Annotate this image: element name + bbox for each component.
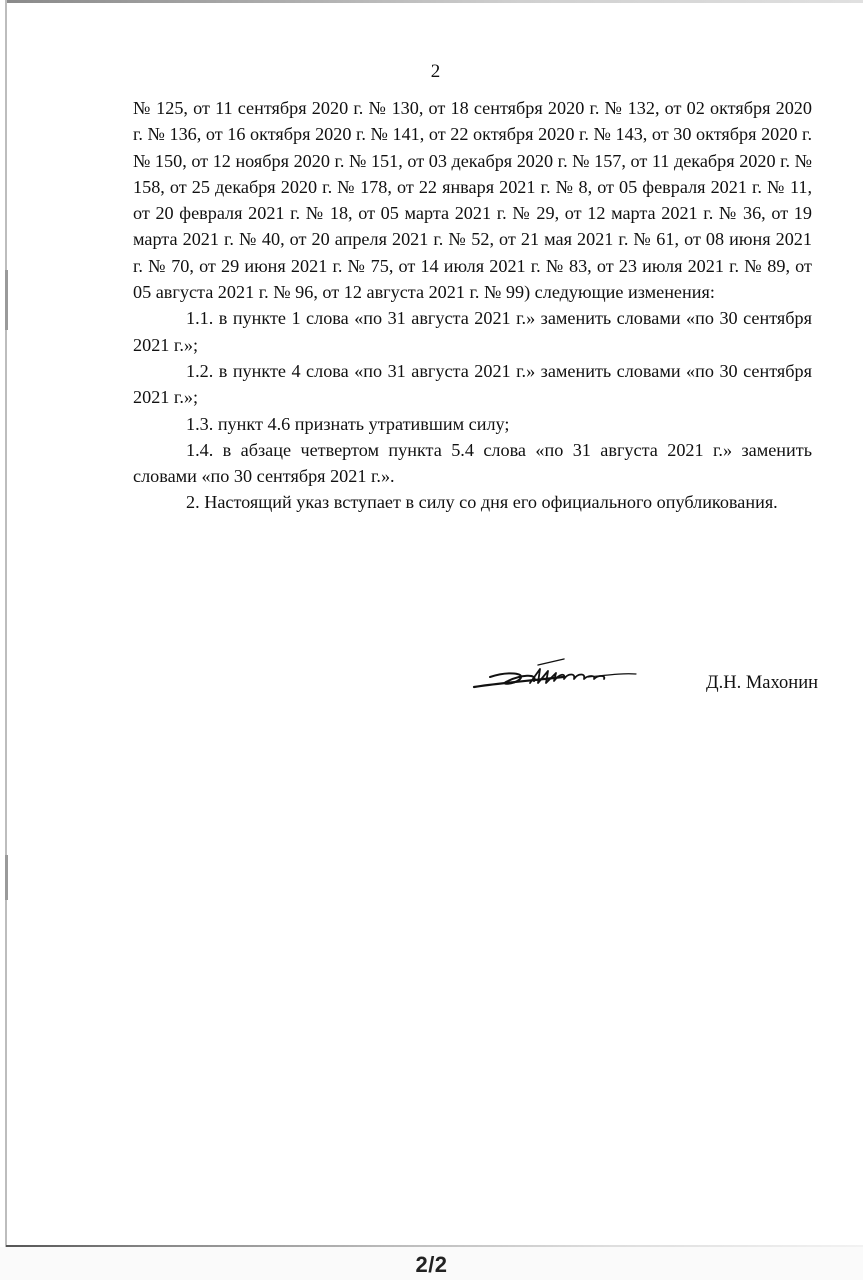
amendment-intro-paragraph: № 125, от 11 сентября 2020 г. № 130, от … bbox=[133, 95, 812, 305]
scroll-track[interactable] bbox=[5, 0, 7, 1280]
clause-1-2: 1.2. в пункте 4 слова «по 31 августа 202… bbox=[133, 358, 812, 411]
page-indicator: 2/2 bbox=[0, 1252, 863, 1278]
signature-block: Д.Н. Махонин bbox=[468, 655, 818, 705]
document-page: 2 № 125, от 11 сентября 2020 г. № 130, о… bbox=[8, 3, 863, 1246]
handwritten-signature-icon bbox=[468, 655, 648, 695]
clause-1-3: 1.3. пункт 4.6 признать утратившим силу; bbox=[133, 411, 812, 437]
signer-name: Д.Н. Махонин bbox=[706, 673, 818, 694]
clause-1-4: 1.4. в абзаце четвертом пункта 5.4 слова… bbox=[133, 437, 812, 490]
document-body: № 125, от 11 сентября 2020 г. № 130, от … bbox=[133, 95, 812, 516]
document-viewer: 2 № 125, от 11 сентября 2020 г. № 130, о… bbox=[0, 0, 863, 1280]
clause-2-effective-date: 2. Настоящий указ вступает в силу со дня… bbox=[133, 489, 812, 515]
clause-1-1: 1.1. в пункте 1 слова «по 31 августа 202… bbox=[133, 305, 812, 358]
page-number: 2 bbox=[8, 61, 863, 83]
